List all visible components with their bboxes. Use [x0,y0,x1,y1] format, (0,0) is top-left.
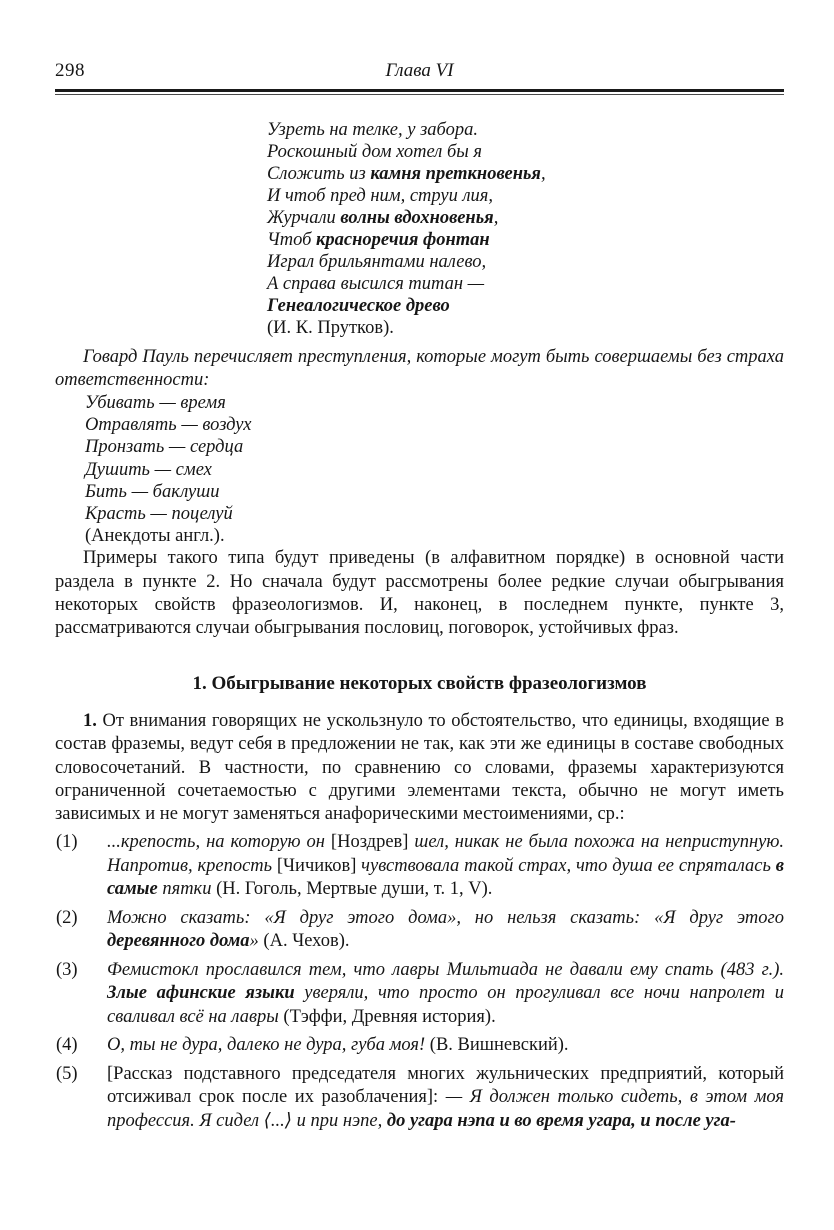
text-run: Можно сказать: «Я друг этого дома», но н… [107,908,784,928]
example-item: (1)...крепость, на которую он [Ноздрев] … [55,831,784,902]
example-text: [Рассказ подставного председателя многих… [107,1064,784,1131]
poem-line: (И. К. Прутков). [267,317,784,339]
poem: Узреть на телке, у забора.Роскошный дом … [267,119,784,339]
example-number: (4) [56,1034,78,1058]
text-run: , [494,208,499,228]
text-run: (В. Вишневский). [430,1035,569,1055]
chapter-title: Глава VI [55,60,784,82]
text-run: Генеалогическое древо [267,296,450,316]
list-item: Пронзать — сердца [85,436,784,458]
list-item: (Анекдоты англ.). [85,525,784,547]
example-number: (5) [56,1063,78,1087]
example-item: (3)Фемистокл прославился тем, что лавры … [55,959,784,1030]
text-run: От внимания говорящих не ускользнуло то … [55,711,784,824]
paragraph-intro: Примеры такого типа будут приведены (в а… [55,547,784,640]
poem-line: Журчали волны вдохновенья, [267,207,784,229]
poem-line: А справа высился титан — [267,273,784,295]
text-run: (Тэффи, Древняя история). [283,1007,495,1027]
example-text: О, ты не дура, далеко не дура, губа моя!… [107,1035,569,1055]
text-run: Пронзать — сердца [85,437,243,457]
text-run: Сложить из [267,164,370,184]
example-item: (2)Можно сказать: «Я друг этого дома», н… [55,907,784,954]
text-run: Журчали [267,208,340,228]
example-number: (3) [56,959,78,983]
example-item: (5)[Рассказ подставного председателя мно… [55,1063,784,1134]
text-run: , [541,164,546,184]
poem-line: И чтоб пред ним, струи лия, [267,185,784,207]
poem-line: Играл брильянтами налево, [267,251,784,273]
poem-line: Узреть на телке, у забора. [267,119,784,141]
text-run: Бить — баклуши [85,482,219,502]
text-run: » [250,931,264,951]
text-run: Красть — поцелуй [85,504,233,524]
list-item: Отравлять — воздух [85,414,784,436]
text-run: волны вдохновенья [340,208,493,228]
poem-line: Чтоб красноречия фонтан [267,229,784,251]
text-run: чувствовала такой страх, что душа ее спр… [356,856,775,876]
paragraph-one: 1. От внимания говорящих не ускользнуло … [55,710,784,826]
text-run: Играл брильянтами налево, [267,252,486,272]
text-run: (Анекдоты англ.). [85,526,225,546]
text-run: до угара нэпа и во время угара, и после … [387,1111,736,1131]
book-page: 298 Глава VI Узреть на телке, у забора.Р… [0,0,834,1230]
text-run: ...крепость, на которую он [107,832,331,852]
poem-line: Роскошный дом хотел бы я [267,141,784,163]
text-run: пятки [158,879,216,899]
text-run: Фемистокл прославился тем, что лавры Мил… [107,960,784,980]
page-header: 298 Глава VI [55,60,784,87]
example-item: (4)О, ты не дура, далеко не дура, губа м… [55,1034,784,1058]
text-run: (И. К. Прутков). [267,318,394,338]
text-run: [Ноздрев] [331,832,409,852]
crimes-list: Убивать — времяОтравлять — воздухПронзат… [85,392,784,547]
example-number: (1) [56,831,78,855]
list-item: Красть — поцелуй [85,503,784,525]
section-heading: 1. Обыгрывание некоторых свойств фразеол… [55,673,784,695]
example-number: (2) [56,907,78,931]
text-run: Узреть на телке, у забора. [267,120,478,140]
paragraph-howard: Говард Пауль перечисляет преступления, к… [55,346,784,392]
text-run: 1. [83,711,97,731]
text-run: Чтоб [267,230,316,250]
example-text: Фемистокл прославился тем, что лавры Мил… [107,960,784,1027]
text-run: А справа высился титан — [267,274,484,294]
text-run: камня преткновенья [370,164,541,184]
text-run: (А. Чехов). [263,931,349,951]
examples-list: (1)...крепость, на которую он [Ноздрев] … [55,831,784,1133]
poem-line: Сложить из камня преткновенья, [267,163,784,185]
text-run: Душить — смех [85,460,212,480]
text-run: Роскошный дом хотел бы я [267,142,482,162]
list-item: Убивать — время [85,392,784,414]
text-run: красноречия фонтан [316,230,490,250]
text-run: (Н. Гоголь, Мертвые души, т. 1, V). [216,879,492,899]
text-run: [Чичиков] [277,856,356,876]
example-text: ...крепость, на которую он [Ноздрев] шел… [107,832,784,899]
text-run: Отравлять — воздух [85,415,251,435]
list-item: Душить — смех [85,459,784,481]
poem-line: Генеалогическое древо [267,295,784,317]
list-item: Бить — баклуши [85,481,784,503]
header-rule [55,89,784,95]
text-run: О, ты не дура, далеко не дура, губа моя! [107,1035,430,1055]
text-run: И чтоб пред ним, струи лия, [267,186,493,206]
text-run: Убивать — время [85,393,226,413]
text-run: Злые афинские языки [107,983,295,1003]
example-text: Можно сказать: «Я друг этого дома», но н… [107,908,784,952]
text-run: деревянного дома [107,931,250,951]
